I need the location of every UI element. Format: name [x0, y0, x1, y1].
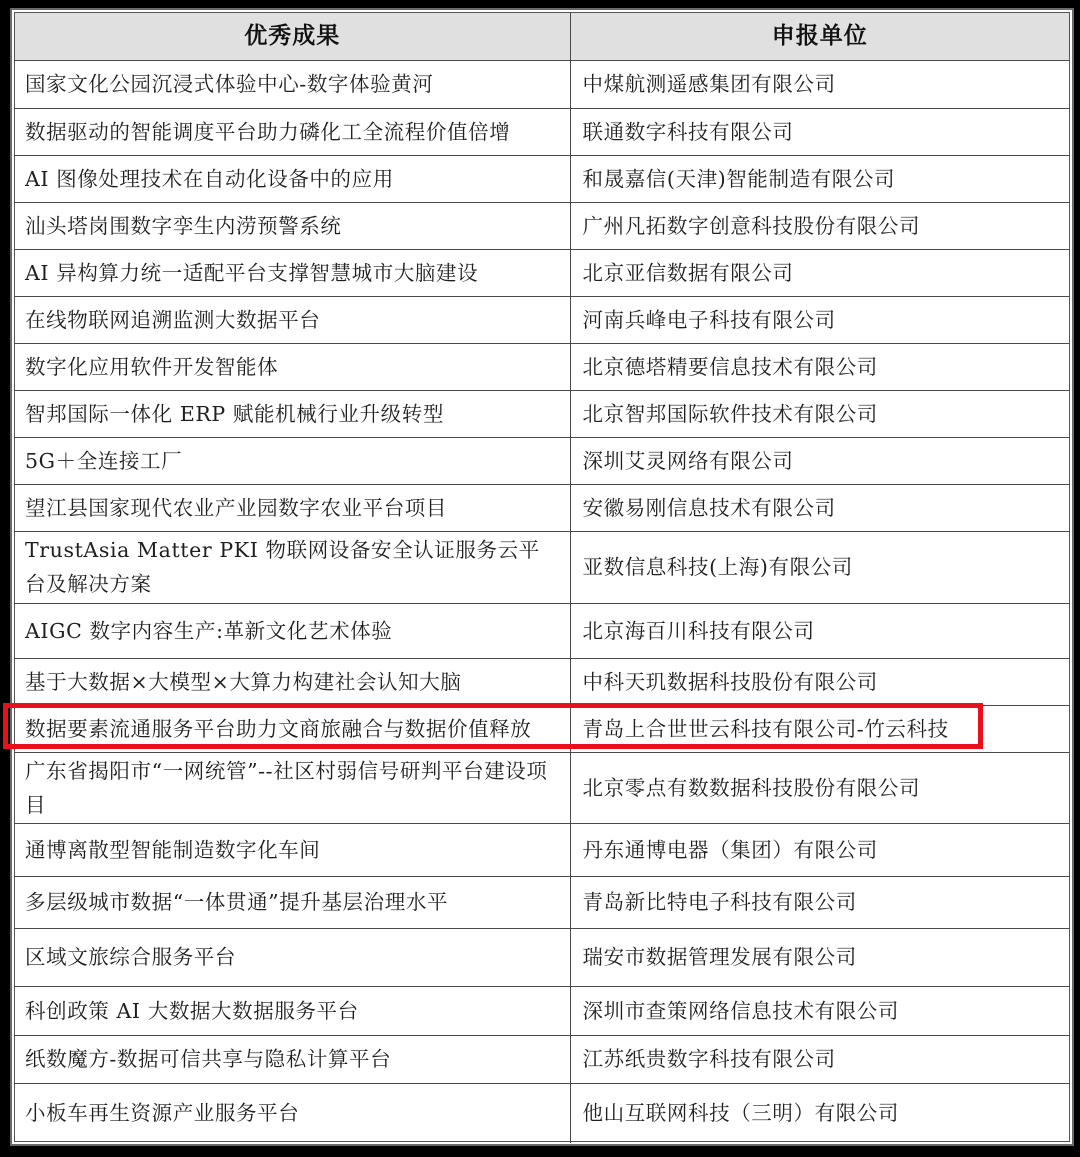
table-row: 5G＋全连接工厂 深圳艾灵网络有限公司 — [15, 437, 1069, 484]
table-row: AI 图像处理技术在自动化设备中的应用 和晟嘉信(天津)智能制造有限公司 — [15, 155, 1069, 202]
column-header-achievement: 优秀成果 — [15, 13, 570, 60]
unit-cell: 瑞安市数据管理发展有限公司 — [570, 928, 1069, 986]
unit-cell: 青岛上合世世云科技有限公司-竹云科技 — [570, 705, 1069, 752]
table-row: 智邦国际一体化 ERP 赋能机械行业升级转型 北京智邦国际软件技术有限公司 — [15, 390, 1069, 437]
achievement-cell: 数据驱动的智能调度平台助力磷化工全流程价值倍增 — [15, 108, 570, 155]
unit-cell: 北京亚信数据有限公司 — [570, 249, 1069, 296]
achievement-cell: 纸数魔方-数据可信共享与隐私计算平台 — [15, 1035, 570, 1083]
table-row: 科创政策 AI 大数据大数据服务平台 深圳市查策网络信息技术有限公司 — [15, 986, 1069, 1035]
unit-cell: 中科天玑数据科技股份有限公司 — [570, 658, 1069, 705]
unit-cell: 北京海百川科技有限公司 — [570, 603, 1069, 658]
achievement-cell: 望江县国家现代农业产业园数字农业平台项目 — [15, 484, 570, 531]
table-row: AI 异构算力统一适配平台支撑智慧城市大脑建设 北京亚信数据有限公司 — [15, 249, 1069, 296]
achievement-cell: 数字化应用软件开发智能体 — [15, 343, 570, 390]
achievement-cell: 汕头塔岗围数字孪生内涝预警系统 — [15, 202, 570, 249]
unit-cell: 北京德塔精要信息技术有限公司 — [570, 343, 1069, 390]
unit-cell: 北京零点有数数据科技股份有限公司 — [570, 752, 1069, 823]
table-container: 优秀成果 申报单位 国家文化公园沉浸式体验中心-数字体验黄河 中煤航测遥感集团有… — [14, 12, 1070, 1142]
achievement-cell: AI 异构算力统一适配平台支撑智慧城市大脑建设 — [15, 249, 570, 296]
achievement-cell: 区域文旅综合服务平台 — [15, 928, 570, 986]
unit-cell: 他山互联网科技（三明）有限公司 — [570, 1083, 1069, 1143]
achievement-cell: 数据要素流通服务平台助力文商旅融合与数据价值释放 — [15, 705, 570, 752]
unit-cell: 北京智邦国际软件技术有限公司 — [570, 390, 1069, 437]
table-row: 区域文旅综合服务平台 瑞安市数据管理发展有限公司 — [15, 928, 1069, 986]
achievement-cell: 科创政策 AI 大数据大数据服务平台 — [15, 986, 570, 1035]
unit-cell: 河南兵峰电子科技有限公司 — [570, 296, 1069, 343]
table-row: 国家文化公园沉浸式体验中心-数字体验黄河 中煤航测遥感集团有限公司 — [15, 60, 1069, 108]
table-row: 通博离散型智能制造数字化车间 丹东通博电器（集团）有限公司 — [15, 823, 1069, 876]
column-header-unit: 申报单位 — [570, 13, 1069, 60]
achievement-cell: 在线物联网追溯监测大数据平台 — [15, 296, 570, 343]
achievement-cell: 基于大数据×大模型×大算力构建社会认知大脑 — [15, 658, 570, 705]
achievement-cell: 智邦国际一体化 ERP 赋能机械行业升级转型 — [15, 390, 570, 437]
unit-cell: 深圳市查策网络信息技术有限公司 — [570, 986, 1069, 1035]
table-row-highlighted: 数据要素流通服务平台助力文商旅融合与数据价值释放 青岛上合世世云科技有限公司-竹… — [15, 705, 1069, 752]
achievement-cell: AI 图像处理技术在自动化设备中的应用 — [15, 155, 570, 202]
table-row: 小板车再生资源产业服务平台 他山互联网科技（三明）有限公司 — [15, 1083, 1069, 1143]
achievement-cell: 小板车再生资源产业服务平台 — [15, 1083, 570, 1143]
achievement-cell: 国家文化公园沉浸式体验中心-数字体验黄河 — [15, 60, 570, 108]
table-row: TrustAsia Matter PKI 物联网设备安全认证服务云平台及解决方案… — [15, 531, 1069, 603]
table-row: 广东省揭阳市“一网统管”--社区村弱信号研判平台建设项目 北京零点有数数据科技股… — [15, 752, 1069, 823]
unit-cell: 丹东通博电器（集团）有限公司 — [570, 823, 1069, 876]
table-row: 数据驱动的智能调度平台助力磷化工全流程价值倍增 联通数字科技有限公司 — [15, 108, 1069, 155]
table-row: AIGC 数字内容生产:革新文化艺术体验 北京海百川科技有限公司 — [15, 603, 1069, 658]
unit-cell: 安徽易刚信息技术有限公司 — [570, 484, 1069, 531]
table-row: 多层级城市数据“一体贯通”提升基层治理水平 青岛新比特电子科技有限公司 — [15, 876, 1069, 928]
unit-cell: 亚数信息科技(上海)有限公司 — [570, 531, 1069, 603]
achievement-cell: TrustAsia Matter PKI 物联网设备安全认证服务云平台及解决方案 — [15, 531, 570, 603]
table-row: 基于大数据×大模型×大算力构建社会认知大脑 中科天玑数据科技股份有限公司 — [15, 658, 1069, 705]
achievement-cell: 5G＋全连接工厂 — [15, 437, 570, 484]
unit-cell: 中煤航测遥感集团有限公司 — [570, 60, 1069, 108]
table-frame: 优秀成果 申报单位 国家文化公园沉浸式体验中心-数字体验黄河 中煤航测遥感集团有… — [10, 8, 1074, 1146]
achievement-cell: 广东省揭阳市“一网统管”--社区村弱信号研判平台建设项目 — [15, 752, 570, 823]
table-row: 数字化应用软件开发智能体 北京德塔精要信息技术有限公司 — [15, 343, 1069, 390]
unit-cell: 广州凡拓数字创意科技股份有限公司 — [570, 202, 1069, 249]
header-row: 优秀成果 申报单位 — [15, 13, 1069, 60]
table-row: 在线物联网追溯监测大数据平台 河南兵峰电子科技有限公司 — [15, 296, 1069, 343]
unit-cell: 和晟嘉信(天津)智能制造有限公司 — [570, 155, 1069, 202]
table-row: 望江县国家现代农业产业园数字农业平台项目 安徽易刚信息技术有限公司 — [15, 484, 1069, 531]
awards-table: 优秀成果 申报单位 国家文化公园沉浸式体验中心-数字体验黄河 中煤航测遥感集团有… — [15, 13, 1069, 1143]
achievement-cell: 通博离散型智能制造数字化车间 — [15, 823, 570, 876]
achievement-cell: AIGC 数字内容生产:革新文化艺术体验 — [15, 603, 570, 658]
unit-cell: 江苏纸贵数字科技有限公司 — [570, 1035, 1069, 1083]
unit-cell: 联通数字科技有限公司 — [570, 108, 1069, 155]
table-row: 纸数魔方-数据可信共享与隐私计算平台 江苏纸贵数字科技有限公司 — [15, 1035, 1069, 1083]
unit-cell: 青岛新比特电子科技有限公司 — [570, 876, 1069, 928]
table-row: 汕头塔岗围数字孪生内涝预警系统 广州凡拓数字创意科技股份有限公司 — [15, 202, 1069, 249]
achievement-cell: 多层级城市数据“一体贯通”提升基层治理水平 — [15, 876, 570, 928]
unit-cell: 深圳艾灵网络有限公司 — [570, 437, 1069, 484]
